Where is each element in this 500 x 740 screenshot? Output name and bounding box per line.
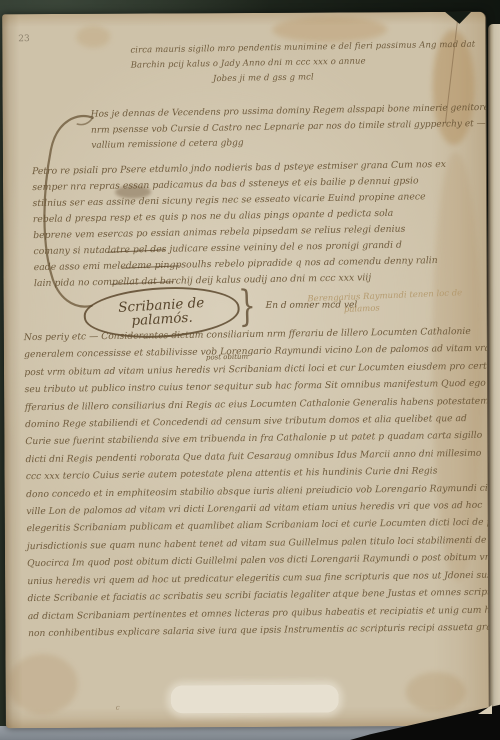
torn-edge-notch — [445, 12, 471, 24]
top-dating-block: circa mauris sigillo mro pendentis munim… — [130, 38, 476, 89]
main-act-block: Nos periy etc — Considerantes dictum con… — [24, 322, 490, 642]
folio-number: 23 — [18, 34, 30, 44]
photo-stage: 23 circa mauris sigillo mro pendentis mu… — [0, 0, 500, 740]
heading-line: palamós. — [131, 310, 193, 328]
paragraph-royal-address: Hos je dennas de Vecendens pro ussima do… — [91, 101, 490, 155]
manuscript-page: 23 circa mauris sigillo mro pendentis mu… — [2, 12, 490, 729]
stain-bottom-left — [7, 654, 77, 714]
tiny-scribal-mark: c — [116, 704, 120, 712]
stain-bottom-right — [406, 672, 466, 712]
paragraph-first-entry: Petro re psiali pro Psere etdumlo jndo n… — [32, 157, 448, 292]
parchment-repair-patch — [171, 685, 339, 714]
stain-top-left — [76, 26, 110, 48]
bracket-flourish: } — [238, 280, 257, 330]
next-folio-edge — [488, 24, 500, 726]
